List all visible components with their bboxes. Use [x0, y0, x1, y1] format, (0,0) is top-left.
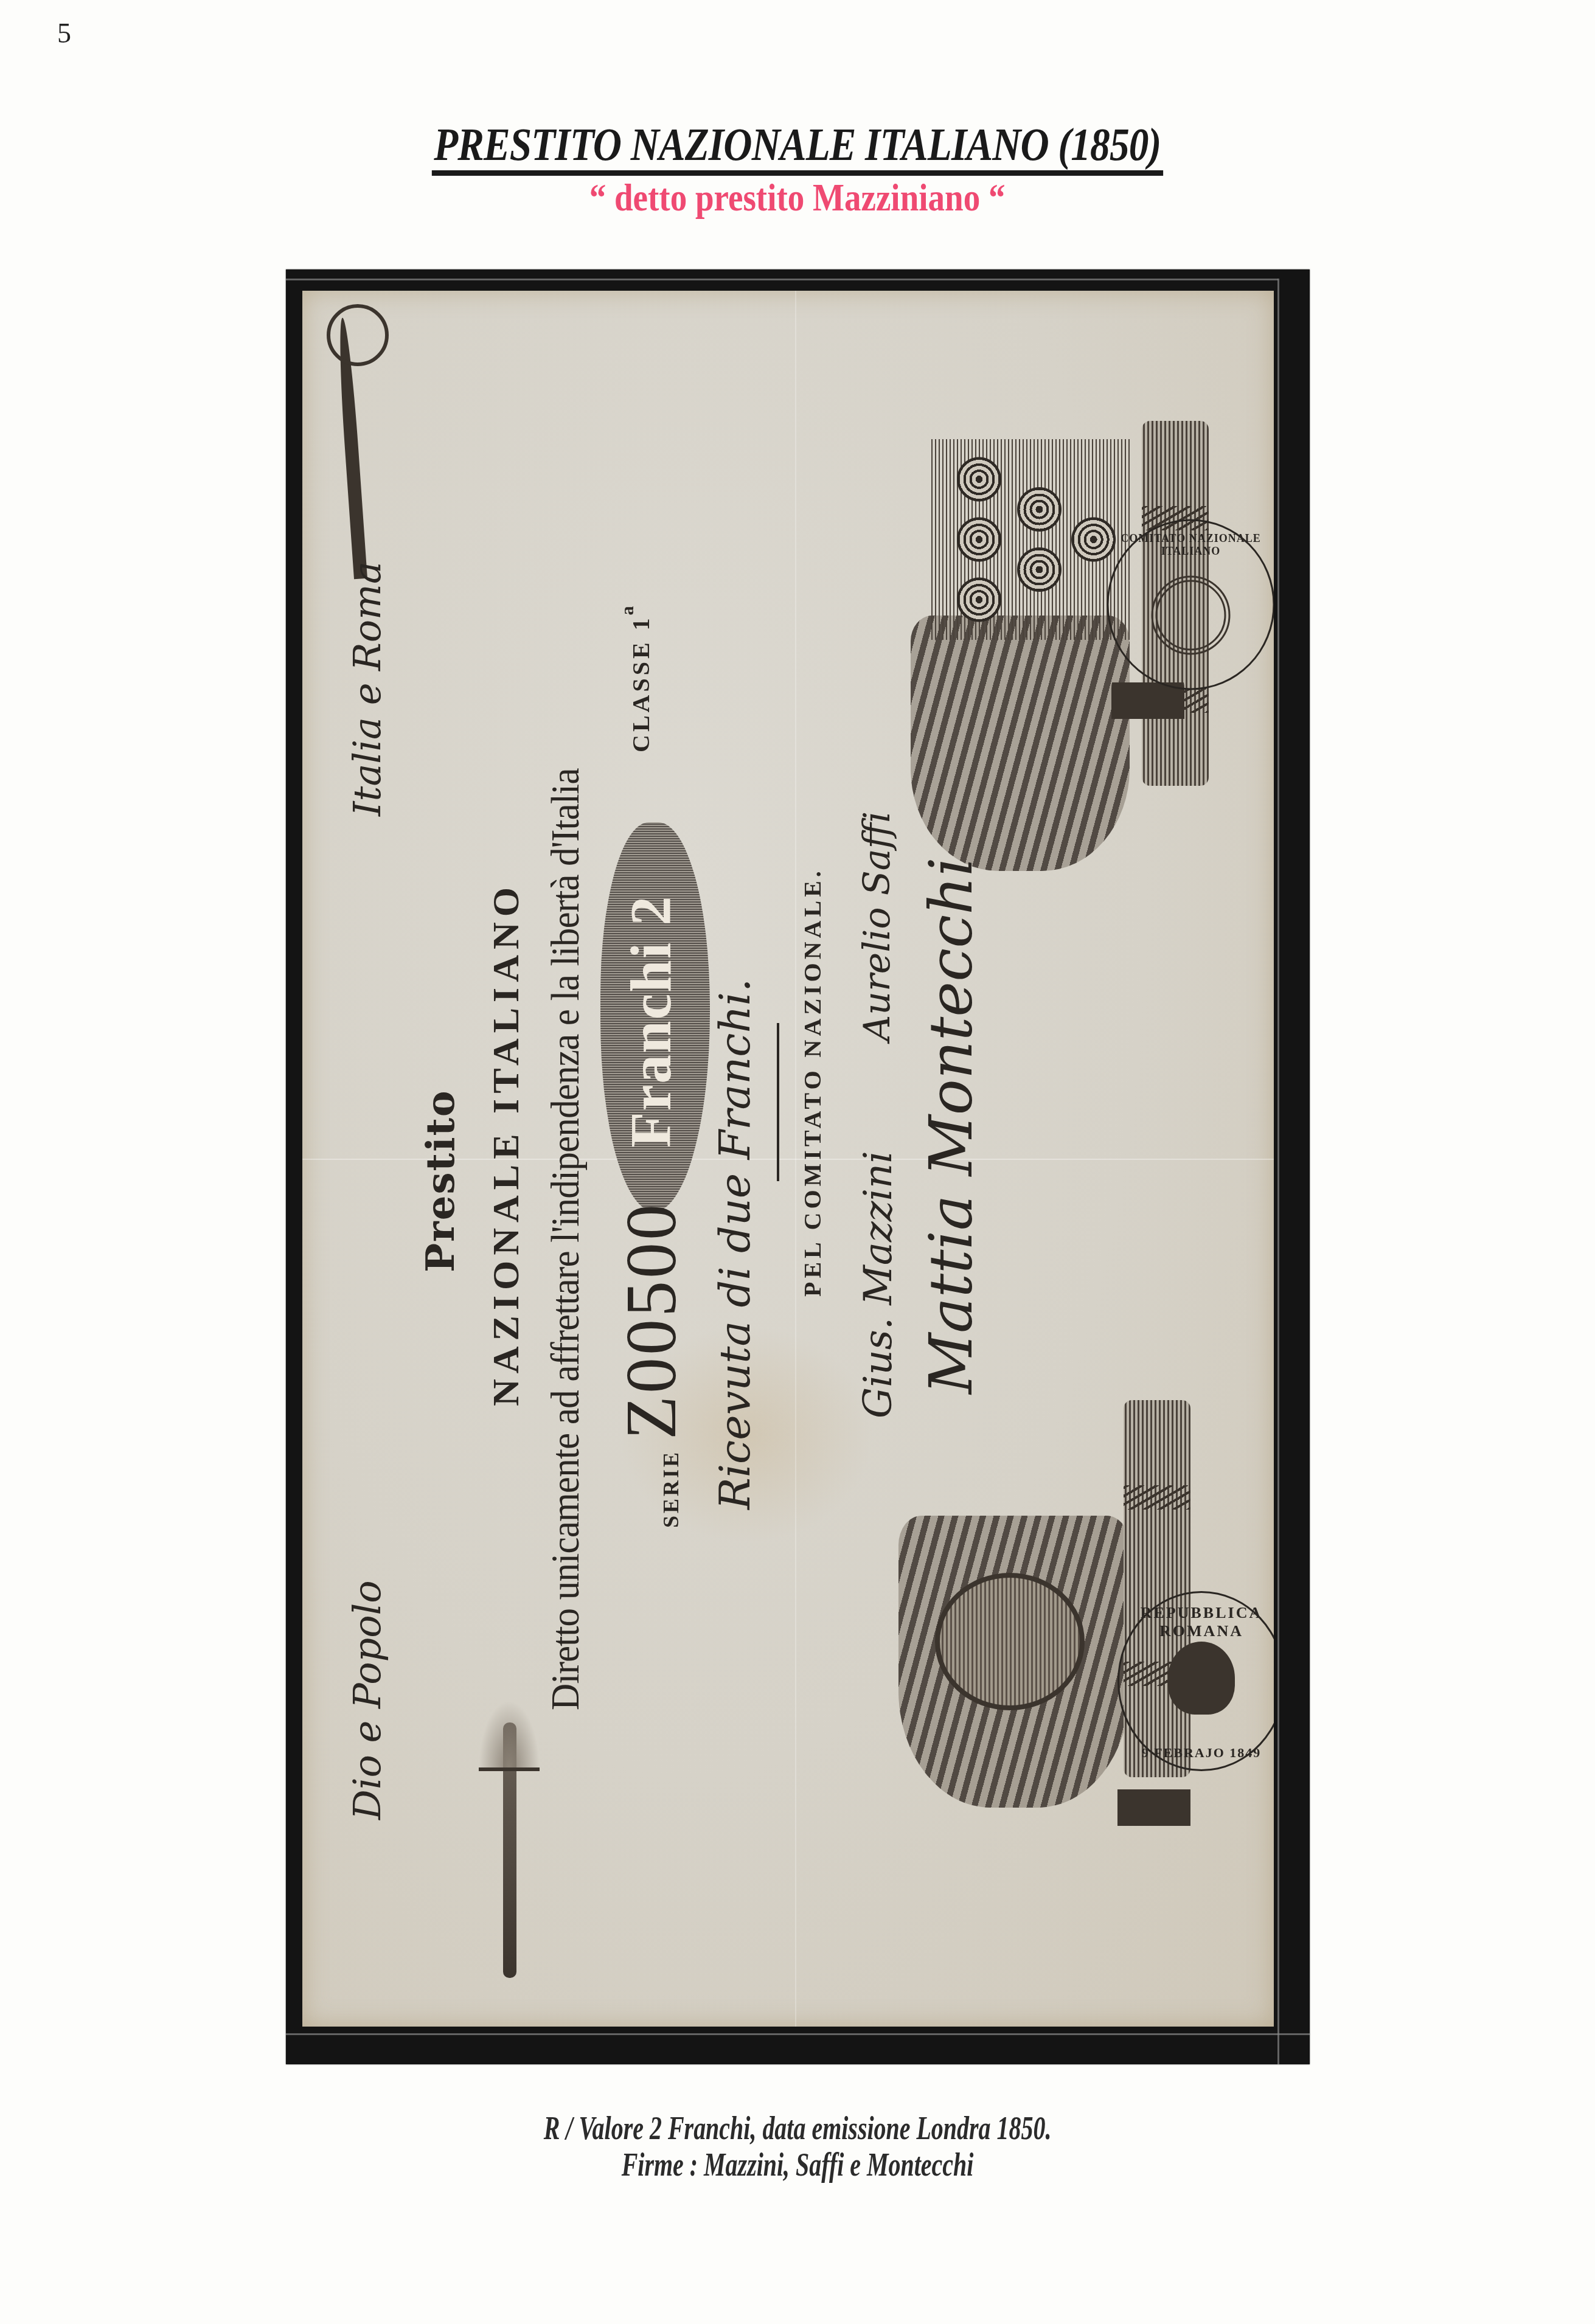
- seal-bottom-text: 9 FEBRAJO 1849: [1119, 1745, 1274, 1761]
- receipt-text: Ricevuta di due Franchi.: [710, 979, 760, 1510]
- banknote-rotated-content: REPUBBLICA ROMANA 9 FEBRAJO 1849 COMITAT…: [302, 291, 1274, 2027]
- rifles-icon: [911, 616, 1130, 871]
- heading-prestito: Prestito: [418, 1089, 464, 1272]
- signature-montecchi: Mattia Montecchi: [917, 857, 986, 1394]
- banknote: REPUBBLICA ROMANA 9 FEBRAJO 1849 COMITAT…: [302, 291, 1274, 2027]
- seal-top-text: REPUBBLICA ROMANA: [1119, 1604, 1274, 1640]
- classe-label: CLASSE 1a: [625, 603, 655, 752]
- serial-number: Z00500: [616, 1202, 687, 1440]
- cannonballs-icon: [929, 439, 1130, 640]
- mount-edge-line: [286, 279, 1278, 280]
- serie-label: SERIE: [658, 1450, 684, 1528]
- seal-top-text: COMITATO NAZIONALE ITALIANO: [1109, 532, 1273, 558]
- committee-label: PEL COMITATO NAZIONALE.: [798, 867, 827, 1297]
- classe-text: CLASSE 1: [627, 615, 655, 752]
- motto-italia-e-roma: Italia e Roma: [345, 561, 389, 816]
- trumpet-bell-icon: [479, 1701, 540, 1771]
- seal-repubblica-romana: REPUBBLICA ROMANA 9 FEBRAJO 1849: [1117, 1591, 1274, 1771]
- denomination: Franchi 2: [622, 895, 680, 1148]
- fasces-band: [1124, 1485, 1190, 1510]
- caption-line-2-text: Firme : Mazzini, Saffi e Montecchi: [622, 2146, 974, 2184]
- caption-line-2: Firme : Mazzini, Saffi e Montecchi: [0, 2146, 1595, 2184]
- mount-edge-line: [286, 2033, 1310, 2035]
- mount-edge-line: [1277, 279, 1279, 2064]
- seal-comitato-nazionale: COMITATO NAZIONALE ITALIANO: [1107, 519, 1274, 690]
- drum-icon: [935, 1573, 1085, 1710]
- cannon-icon: [1152, 576, 1231, 655]
- heading-nazionale-italiano: NAZIONALE ITALIANO: [485, 882, 528, 1406]
- caption-line-1: R / Valore 2 Franchi, data emissione Lon…: [0, 2109, 1595, 2147]
- page-subtitle: “ detto prestito Mazziniano “: [0, 175, 1595, 220]
- page-title: PRESTITO NAZIONALE ITALIANO (1850): [0, 119, 1595, 176]
- caption-line-1-text: R / Valore 2 Franchi, data emissione Lon…: [544, 2109, 1052, 2147]
- sword-hilt-icon: [327, 304, 389, 366]
- purpose-text: Diretto unicamente ad affrettare l'indip…: [543, 769, 589, 1710]
- page-title-text: PRESTITO NAZIONALE ITALIANO (1850): [432, 119, 1163, 176]
- motto-dio-e-popolo: Dio e Popolo: [345, 1580, 389, 1820]
- signature-saffi: Aurelio Saffi: [856, 811, 898, 1041]
- eagle-icon: [1168, 1642, 1235, 1715]
- divider-rule: [777, 1023, 779, 1181]
- page-subtitle-text: “ detto prestito Mazziniano “: [589, 175, 1006, 220]
- classe-superscript: a: [617, 603, 638, 615]
- page-number: 5: [57, 17, 71, 49]
- signature-mazzini: Gius. Mazzini: [856, 1151, 901, 1418]
